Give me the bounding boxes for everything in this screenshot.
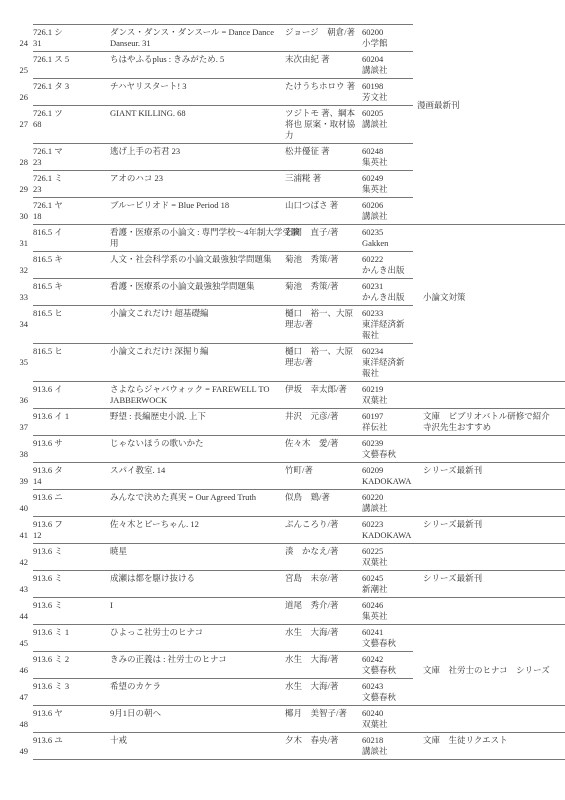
book-title: 佐々木とピーちゃん. 12 [110,519,199,530]
book-note: 文庫 生徒リクエスト [423,735,508,746]
book-note: シリーズ最新刊 [423,519,482,530]
book-id-publisher: 60231 かんき出版 [362,281,405,303]
row-number: 34 [0,319,28,330]
call-number: 726.1 ス 5 [33,54,69,65]
book-id-publisher: 60220 講談社 [362,492,388,514]
book-id-publisher: 60225 双葉社 [362,546,388,568]
table-row: 25 726.1 ス 5 ちはやふるplus : きみがため. 5 末次由紀 著… [0,52,565,79]
call-number: 816.5 ヒ [33,308,63,319]
call-number: 913.6 ユ [33,735,63,746]
book-title: ひよっこ社労士のヒナコ [110,627,203,638]
book-id-publisher: 60197 祥伝社 [362,411,388,433]
book-table: 24 726.1 シ 31 ダンス・ダンス・ダンスール = Dance Danc… [0,25,565,760]
table-row: 47 913.6 ミ 3 希望のカケラ 水生 大海/著 60243 文藝春秋 [0,679,565,706]
book-id-publisher: 60241 文藝春秋 [362,627,396,649]
call-number: 726.1 マ 23 [33,146,63,168]
table-row: 46 913.6 ミ 2 きみの正義は : 社労士のヒナコ 水生 大海/著 60… [0,652,565,679]
call-number: 913.6 イ [33,384,63,395]
book-author: 佐々木 愛/著 [285,438,338,449]
call-number: 913.6 ミ [33,546,63,557]
book-title: 逃げ上手の若君 23 [110,146,180,157]
book-title: スパイ教室. 14 [110,465,165,476]
call-number: 913.6 タ 14 [33,465,63,487]
book-title: 希望のカケラ [110,681,161,692]
book-note: シリーズ最新刊 [423,465,482,476]
book-author: 湊 かなえ/著 [285,546,338,557]
row-number: 44 [0,611,28,622]
book-author: 松井優征 著 [285,146,330,157]
call-number: 913.6 ミ 2 [33,654,69,665]
table-row: 39 913.6 タ 14 スパイ教室. 14 竹町/著 60209 KADOK… [0,463,565,490]
book-id-publisher: 60200 小学館 [362,27,388,49]
table-row: 32 816.5 キ 人文・社会科学系の小論文最強独学問題集 菊池 秀策/著 6… [0,252,565,279]
call-number: 726.1 タ 3 [33,81,69,92]
table-row: 27 726.1 ツ 68 GIANT KILLING. 68 ツジトモ 著、綱… [0,106,565,144]
row-number: 25 [0,65,28,76]
book-id-publisher: 60243 文藝春秋 [362,681,396,703]
row-number: 48 [0,719,28,730]
book-title: 小論文これだけ! 深掘り編 [110,346,208,357]
book-author: 伊坂 幸太郎/著 [285,384,347,395]
book-id-publisher: 60246 集英社 [362,600,388,622]
call-number: 816.5 ヒ [33,346,63,357]
table-row: 35 816.5 ヒ 小論文これだけ! 深掘り編 樋口 裕一、大原 理志/著 6… [0,344,565,382]
call-number: 913.6 ミ [33,600,63,611]
book-author: ツジトモ 著、綱本 将也 原案・取材協 力 [285,108,355,141]
row-number: 31 [0,238,28,249]
row-number: 27 [0,119,28,130]
row-number: 26 [0,92,28,103]
book-title: 暁星 [110,546,127,557]
book-title: GIANT KILLING. 68 [110,108,186,119]
call-number: 726.1 ミ 23 [33,173,63,195]
book-title: 看護・医療系の小論文 : 専門学校〜4年制大学受験 用 [110,227,299,249]
book-author: 椰月 美智子/著 [285,708,347,719]
book-author: 三浦糀 著 [285,173,321,184]
table-row: 31 816.5 イ 看護・医療系の小論文 : 専門学校〜4年制大学受験 用 石… [0,225,565,252]
table-row: 44 913.6 ミ I 道尾 秀介/著 60246 集英社 [0,598,565,625]
table-row: 41 913.6 フ 12 佐々木とピーちゃん. 12 ぶんころり/著 6022… [0,517,565,544]
call-number: 726.1 ヤ 18 [33,200,63,222]
book-author: 樋口 裕一、大原 理志/著 [285,308,353,330]
book-title: 9月1日の朝へ [110,708,161,719]
table-row: 29 726.1 ミ 23 アオのハコ 23 三浦糀 著 60249 集英社 [0,171,565,198]
book-title: ちはやふるplus : きみがため. 5 [110,54,224,65]
book-author: 似鳥 鶏/著 [285,492,330,503]
row-number: 40 [0,503,28,514]
book-author: 山口つばさ 著 [285,200,338,211]
row-number: 30 [0,211,28,222]
book-title: I [110,600,113,611]
row-number: 39 [0,476,28,487]
book-id-publisher: 60222 かんき出版 [362,254,405,276]
book-id-publisher: 60245 新潮社 [362,573,388,595]
book-author: 水生 大海/著 [285,681,338,692]
book-title: さよならジャバウォック = FAREWELL TO JABBERWOCK [110,384,270,406]
book-title: 看護・医療系の小論文最強独学問題集 [110,281,255,292]
book-author: 道尾 秀介/著 [285,600,338,611]
book-list-document: 24 726.1 シ 31 ダンス・ダンス・ダンスール = Dance Danc… [0,0,565,800]
row-number: 47 [0,692,28,703]
book-title: じゃないほうの歌いかた [110,438,204,449]
book-id-publisher: 60242 文藝春秋 [362,654,396,676]
book-author: 水生 大海/著 [285,627,338,638]
book-note: 小論文対策 [423,281,466,303]
row-number: 41 [0,530,28,541]
book-id-publisher: 60205 講談社 [362,108,388,130]
book-author: 竹町/著 [285,465,313,476]
book-note: 文庫 社労士のヒナコ シリーズ [423,654,550,676]
book-title: チハヤリスタート! 3 [110,81,187,92]
row-number: 36 [0,395,28,406]
book-author: 石関 直子/著 [285,227,338,238]
book-title: 十戒 [110,735,127,746]
table-row: 33 816.5 キ 看護・医療系の小論文最強独学問題集 菊池 秀策/著 602… [0,279,565,306]
row-number: 29 [0,184,28,195]
table-row: 42 913.6 ミ 暁星 湊 かなえ/著 60225 双葉社 [0,544,565,571]
table-row: 37 913.6 イ 1 野望 : 長編歴史小説. 上下 井沢 元彦/著 601… [0,409,565,436]
table-row: 30 726.1 ヤ 18 ブルーピリオド = Blue Period 18 山… [0,198,565,225]
call-number: 913.6 ミ 3 [33,681,69,692]
table-row: 38 913.6 サ じゃないほうの歌いかた 佐々木 愛/著 60239 文藝春… [0,436,565,463]
row-number: 46 [0,665,28,676]
book-author: 末次由紀 著 [285,54,330,65]
book-id-publisher: 60204 講談社 [362,54,388,76]
call-number: 913.6 ミ [33,573,63,584]
book-id-publisher: 60219 双葉社 [362,384,388,406]
row-number: 35 [0,357,28,368]
book-title: きみの正義は : 社労士のヒナコ [110,654,227,665]
book-id-publisher: 60233 東洋経済新 報社 [362,308,405,341]
call-number: 726.1 シ 31 [33,27,63,49]
call-number: 913.6 フ 12 [33,519,63,541]
table-row: 43 913.6 ミ 成瀬は都を駆け抜ける 宮島 未奈/著 60245 新潮社 … [0,571,565,598]
book-title: 野望 : 長編歴史小説. 上下 [110,411,206,422]
table-row: 36 913.6 イ さよならジャバウォック = FAREWELL TO JAB… [0,382,565,409]
book-author: 宮島 未奈/著 [285,573,338,584]
book-author: たけうちホロウ 著 [285,81,355,92]
book-note: 文庫 ビブリオバトル研修で紹介 寺沢先生おすすめ [423,411,550,433]
book-title: 成瀬は都を駆け抜ける [110,573,195,584]
row-number: 45 [0,638,28,649]
book-id-publisher: 60223 KADOKAWA [362,519,411,541]
row-separator [33,759,565,760]
row-number: 32 [0,265,28,276]
call-number: 913.6 イ 1 [33,411,69,422]
book-author: 水生 大海/著 [285,654,338,665]
book-author: 井沢 元彦/著 [285,411,338,422]
call-number: 726.1 ツ 68 [33,108,63,130]
call-number: 816.5 キ [33,254,63,265]
book-title: みんなで決めた真実 = Our Agreed Truth [110,492,256,503]
book-id-publisher: 60235 Gakken [362,227,388,249]
row-number: 49 [0,746,28,757]
table-row: 34 816.5 ヒ 小論文これだけ! 超基礎編 樋口 裕一、大原 理志/著 6… [0,306,565,344]
call-number: 816.5 キ [33,281,63,292]
table-row: 49 913.6 ユ 十戒 夕木 春央/著 60218 講談社 文庫 生徒リクエ… [0,733,565,760]
row-number: 42 [0,557,28,568]
book-id-publisher: 60209 KADOKAWA [362,465,411,487]
table-row: 40 913.6 ニ みんなで決めた真実 = Our Agreed Truth … [0,490,565,517]
call-number: 913.6 サ [33,438,63,449]
table-row: 48 913.6 ヤ 9月1日の朝へ 椰月 美智子/著 60240 双葉社 [0,706,565,733]
book-author: ジョージ 朝倉/著 [285,27,355,38]
book-id-publisher: 60239 文藝春秋 [362,438,396,460]
book-author: 夕木 春央/著 [285,735,338,746]
book-author: ぶんころり/著 [285,519,338,530]
book-id-publisher: 60206 講談社 [362,200,388,222]
row-number: 33 [0,292,28,303]
table-row: 26 726.1 タ 3 チハヤリスタート! 3 たけうちホロウ 著 60198… [0,79,565,106]
table-row: 28 726.1 マ 23 逃げ上手の若君 23 松井優征 著 60248 集英… [0,144,565,171]
book-id-publisher: 60218 講談社 [362,735,388,757]
row-number: 37 [0,422,28,433]
row-number: 28 [0,157,28,168]
book-title: 人文・社会科学系の小論文最強独学問題集 [110,254,272,265]
book-id-publisher: 60234 東洋経済新 報社 [362,346,405,379]
book-title: アオのハコ 23 [110,173,163,184]
row-number: 24 [0,38,28,49]
row-number: 43 [0,584,28,595]
call-number: 913.6 ミ 1 [33,627,69,638]
book-author: 菊池 秀策/著 [285,254,338,265]
book-id-publisher: 60198 芳文社 [362,81,388,103]
book-title: ブルーピリオド = Blue Period 18 [110,200,229,211]
book-note: シリーズ最新刊 [423,573,482,584]
table-row: 24 726.1 シ 31 ダンス・ダンス・ダンスール = Dance Danc… [0,25,565,52]
book-title: ダンス・ダンス・ダンスール = Dance Dance Danseur. 31 [110,27,274,49]
book-id-publisher: 60240 双葉社 [362,708,388,730]
row-number: 38 [0,449,28,460]
call-number: 816.5 イ [33,227,63,238]
book-id-publisher: 60249 集英社 [362,173,388,195]
book-title: 小論文これだけ! 超基礎編 [110,308,208,319]
table-row: 45 913.6 ミ 1 ひよっこ社労士のヒナコ 水生 大海/著 60241 文… [0,625,565,652]
call-number: 913.6 ニ [33,492,63,503]
call-number: 913.6 ヤ [33,708,63,719]
book-author: 樋口 裕一、大原 理志/著 [285,346,353,368]
book-author: 菊池 秀策/著 [285,281,338,292]
book-id-publisher: 60248 集英社 [362,146,388,168]
